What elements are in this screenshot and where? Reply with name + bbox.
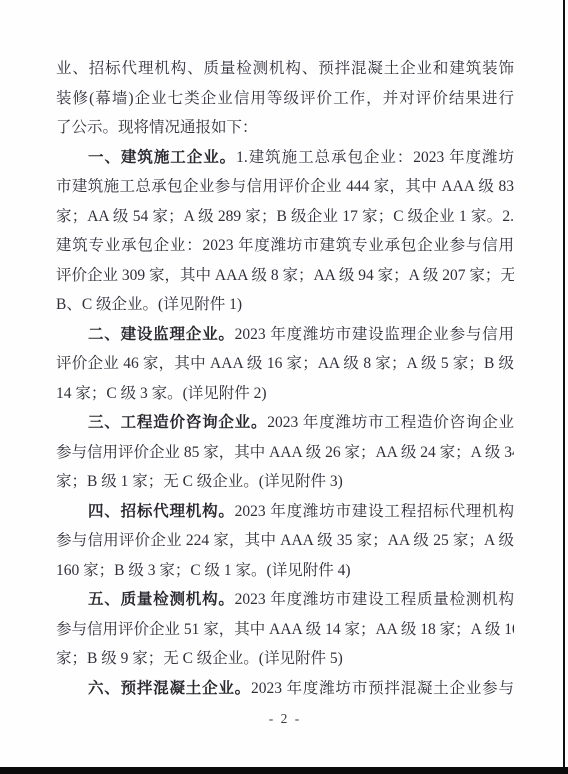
text-line: 装修(幕墙)企业七类企业信用等级评价工作，并对评价结果进行 <box>56 84 514 114</box>
text-line: 三、工程造价咨询企业。2023 年度潍坊市工程造价咨询企业 <box>56 408 514 438</box>
section-heading: 三、工程造价咨询企业。 <box>88 414 267 431</box>
line-text: 评价企业 309 家，其中 AAA 级 8 家；AA 级 94 家；A 级 20… <box>56 267 514 284</box>
text-line: 160 家；B 级 3 家；C 级 1 家。(详见附件 4) <box>56 556 514 586</box>
line-text: 家；AA 级 54 家；A 级 289 家；B 级企业 17 家；C 级企业 1… <box>56 208 514 225</box>
text-line: 了公示。现将情况通报如下： <box>56 113 514 143</box>
line-text: 参与信用评价企业 224 家，其中 AAA 级 35 家；AA 级 25 家；A… <box>56 532 514 549</box>
line-text: 2023 年度潍坊市建设工程质量检测机构 <box>235 591 514 608</box>
text-line: 评价企业 309 家，其中 AAA 级 8 家；AA 级 94 家；A 级 20… <box>56 261 514 291</box>
text-line: 四、招标代理机构。2023 年度潍坊市建设工程招标代理机构 <box>56 497 514 527</box>
section-heading: 一、建筑施工企业。 <box>88 149 236 166</box>
line-text: 业、招标代理机构、质量检测机构、预拌混凝土企业和建筑装饰 <box>56 60 514 77</box>
line-text: 评价企业 46 家，其中 AAA 级 16 家；AA 级 8 家；A 级 5 家… <box>56 355 514 372</box>
line-text: 2023 年度潍坊市建设监理企业参与信用 <box>235 326 514 343</box>
text-line: 参与信用评价企业 224 家，其中 AAA 级 35 家；AA 级 25 家；A… <box>56 526 514 556</box>
text-line: 14 家；C 级 3 家。(详见附件 2) <box>56 379 514 409</box>
section-heading: 二、建设监理企业。 <box>88 326 235 343</box>
line-text: 2023 年度潍坊市建设工程招标代理机构 <box>235 503 514 520</box>
line-text: 1.建筑施工总承包企业：2023 年度潍坊 <box>236 149 514 166</box>
line-text: 160 家；B 级 3 家；C 级 1 家。(详见附件 4) <box>56 562 351 579</box>
text-line: 六、预拌混凝土企业。2023 年度潍坊市预拌混凝土企业参与 <box>56 674 514 704</box>
text-line: B、C 级企业。(详见附件 1) <box>56 290 514 320</box>
line-text: 建筑专业承包企业：2023 年度潍坊市建筑专业承包企业参与信用 <box>56 237 514 254</box>
scan-edge-bar-bottom <box>0 767 568 774</box>
line-text: 市建筑施工总承包企业参与信用评价企业 444 家，其中 AAA 级 83 <box>56 178 514 195</box>
line-text: 2023 年度潍坊市工程造价咨询企业 <box>267 414 514 431</box>
line-text: 装修(幕墙)企业七类企业信用等级评价工作，并对评价结果进行 <box>56 90 514 107</box>
text-line: 五、质量检测机构。2023 年度潍坊市建设工程质量检测机构 <box>56 585 514 615</box>
line-text: 家；B 级 1 家；无 C 级企业。(详见附件 3) <box>56 473 343 490</box>
line-text: 参与信用评价企业 51 家，其中 AAA 级 14 家；AA 级 18 家；A … <box>56 621 514 638</box>
page-number: - 2 - <box>56 709 514 729</box>
text-line: 一、建筑施工企业。1.建筑施工总承包企业：2023 年度潍坊 <box>56 143 514 173</box>
text-line: 参与信用评价企业 51 家，其中 AAA 级 14 家；AA 级 18 家；A … <box>56 615 514 645</box>
scan-edge-line-right <box>563 0 565 774</box>
section-heading: 六、预拌混凝土企业。 <box>88 680 251 697</box>
line-text: 参与信用评价企业 85 家，其中 AAA 级 26 家；AA 级 24 家；A … <box>56 444 514 461</box>
document-page: 业、招标代理机构、质量检测机构、预拌混凝土企业和建筑装饰 装修(幕墙)企业七类企… <box>0 0 568 774</box>
text-line: 家；B 级 1 家；无 C 级企业。(详见附件 3) <box>56 467 514 497</box>
line-text: 了公示。现将情况通报如下： <box>56 119 258 136</box>
line-text: B、C 级企业。(详见附件 1) <box>56 296 242 313</box>
section-heading: 五、质量检测机构。 <box>88 591 235 608</box>
text-line: 家；B 级 9 家；无 C 级企业。(详见附件 5) <box>56 644 514 674</box>
text-line: 市建筑施工总承包企业参与信用评价企业 444 家，其中 AAA 级 83 <box>56 172 514 202</box>
section-heading: 四、招标代理机构。 <box>88 503 235 520</box>
line-text: 2023 年度潍坊市预拌混凝土企业参与 <box>251 680 514 697</box>
text-line: 建筑专业承包企业：2023 年度潍坊市建筑专业承包企业参与信用 <box>56 231 514 261</box>
text-line: 参与信用评价企业 85 家，其中 AAA 级 26 家；AA 级 24 家；A … <box>56 438 514 468</box>
document-body: 业、招标代理机构、质量检测机构、预拌混凝土企业和建筑装饰 装修(幕墙)企业七类企… <box>56 54 514 729</box>
text-line: 家；AA 级 54 家；A 级 289 家；B 级企业 17 家；C 级企业 1… <box>56 202 514 232</box>
text-line: 评价企业 46 家，其中 AAA 级 16 家；AA 级 8 家；A 级 5 家… <box>56 349 514 379</box>
line-text: 14 家；C 级 3 家。(详见附件 2) <box>56 385 267 402</box>
text-line: 业、招标代理机构、质量检测机构、预拌混凝土企业和建筑装饰 <box>56 54 514 84</box>
text-line: 二、建设监理企业。2023 年度潍坊市建设监理企业参与信用 <box>56 320 514 350</box>
line-text: 家；B 级 9 家；无 C 级企业。(详见附件 5) <box>56 650 343 667</box>
